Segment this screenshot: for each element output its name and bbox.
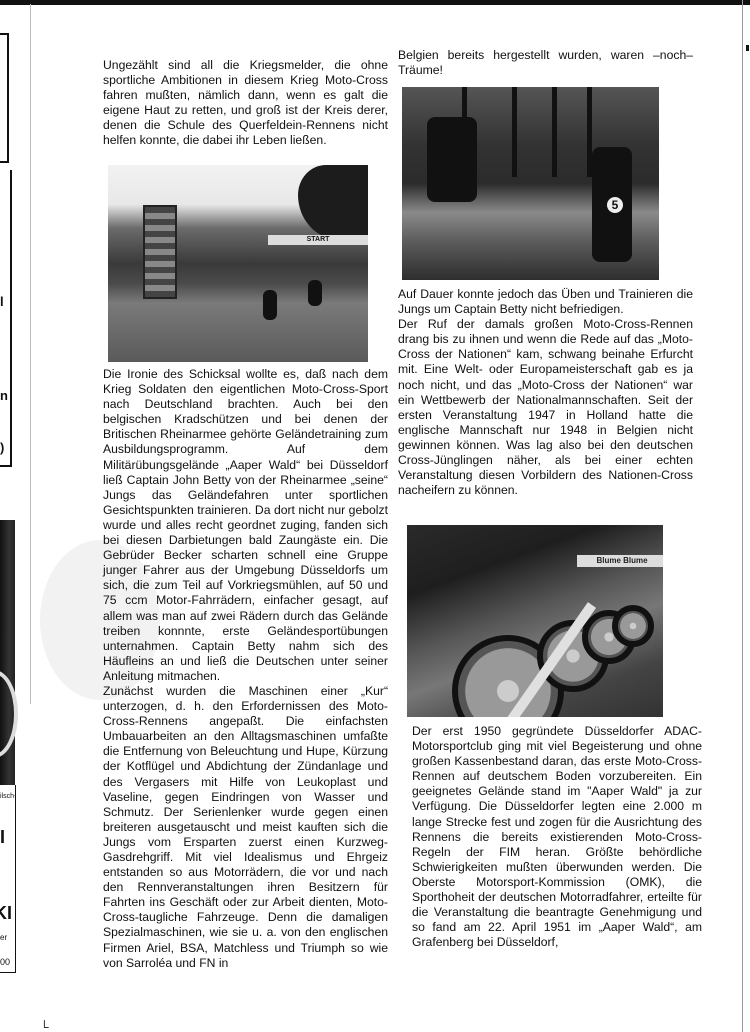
article-paragraph: Die Ironie des Schicksal wollte es, daß … <box>103 367 388 971</box>
left-ad-line: KI <box>0 903 12 924</box>
left-edge-box <box>0 170 12 467</box>
start-banner: START <box>268 235 368 245</box>
left-edge-glyph: n <box>0 388 8 403</box>
paragraph-text: Ungezählt sind all die Kriegsmelder, die… <box>103 58 388 149</box>
paragraph-text: Die Ironie des Schicksal wollte es, daß … <box>103 367 388 684</box>
left-edge-glyph: l <box>0 294 4 309</box>
gutter-line <box>30 4 31 704</box>
article-paragraph: Belgien bereits hergestellt wurden, ware… <box>398 48 693 78</box>
paragraph-text: Der erst 1950 gegründete Düsseldorfer AD… <box>412 724 702 950</box>
rider <box>263 290 277 320</box>
wheel <box>612 605 654 647</box>
tree-trunk <box>552 87 557 177</box>
photo-forest-riders: 5 <box>402 87 659 280</box>
left-ad-line: 700 <box>0 957 10 967</box>
photo-start-line: Blume Blume <box>407 525 663 717</box>
tree-trunk <box>512 87 517 177</box>
left-edge-photo <box>0 520 15 785</box>
left-edge-glyph: ) <box>0 440 4 455</box>
photo-race-start: START <box>108 165 368 362</box>
rider <box>308 280 322 306</box>
paragraph-text: Zunächst wurden die Maschinen einer „Kur… <box>103 684 388 971</box>
paragraph-text: Auf Dauer konnte jedoch das Üben und Tra… <box>398 287 693 317</box>
article-paragraph: Der erst 1950 gegründete Düsseldorfer AD… <box>412 724 702 950</box>
paragraph-text: Belgien bereits hergestellt wurden, ware… <box>398 48 693 78</box>
left-ad-line: I <box>0 827 5 848</box>
left-edge-box <box>0 33 9 163</box>
corner-mark: └ <box>40 1020 49 1032</box>
article-paragraph: Auf Dauer konnte jedoch das Üben und Tra… <box>398 287 693 498</box>
trees <box>298 165 368 240</box>
top-border <box>0 0 750 5</box>
scanned-magazine-page: l n ) ilsch- I KI er 700 └ Ungezählt sin… <box>0 0 750 1032</box>
left-ad-line: er <box>0 933 7 942</box>
left-ad-line: ilsch- <box>0 793 16 800</box>
paragraph-text: Der Ruf der damals großen Moto-Cross-Ren… <box>398 317 693 498</box>
right-edge-line <box>742 0 743 1032</box>
banner: Blume Blume <box>577 555 663 567</box>
left-edge-ad: ilsch- I KI er 700 <box>0 785 16 973</box>
timing-tower <box>143 205 177 299</box>
rider <box>427 117 477 202</box>
article-paragraph: Ungezählt sind all die Kriegsmelder, die… <box>103 58 388 149</box>
number-plate: 5 <box>607 197 623 213</box>
right-edge-mark <box>746 45 749 51</box>
